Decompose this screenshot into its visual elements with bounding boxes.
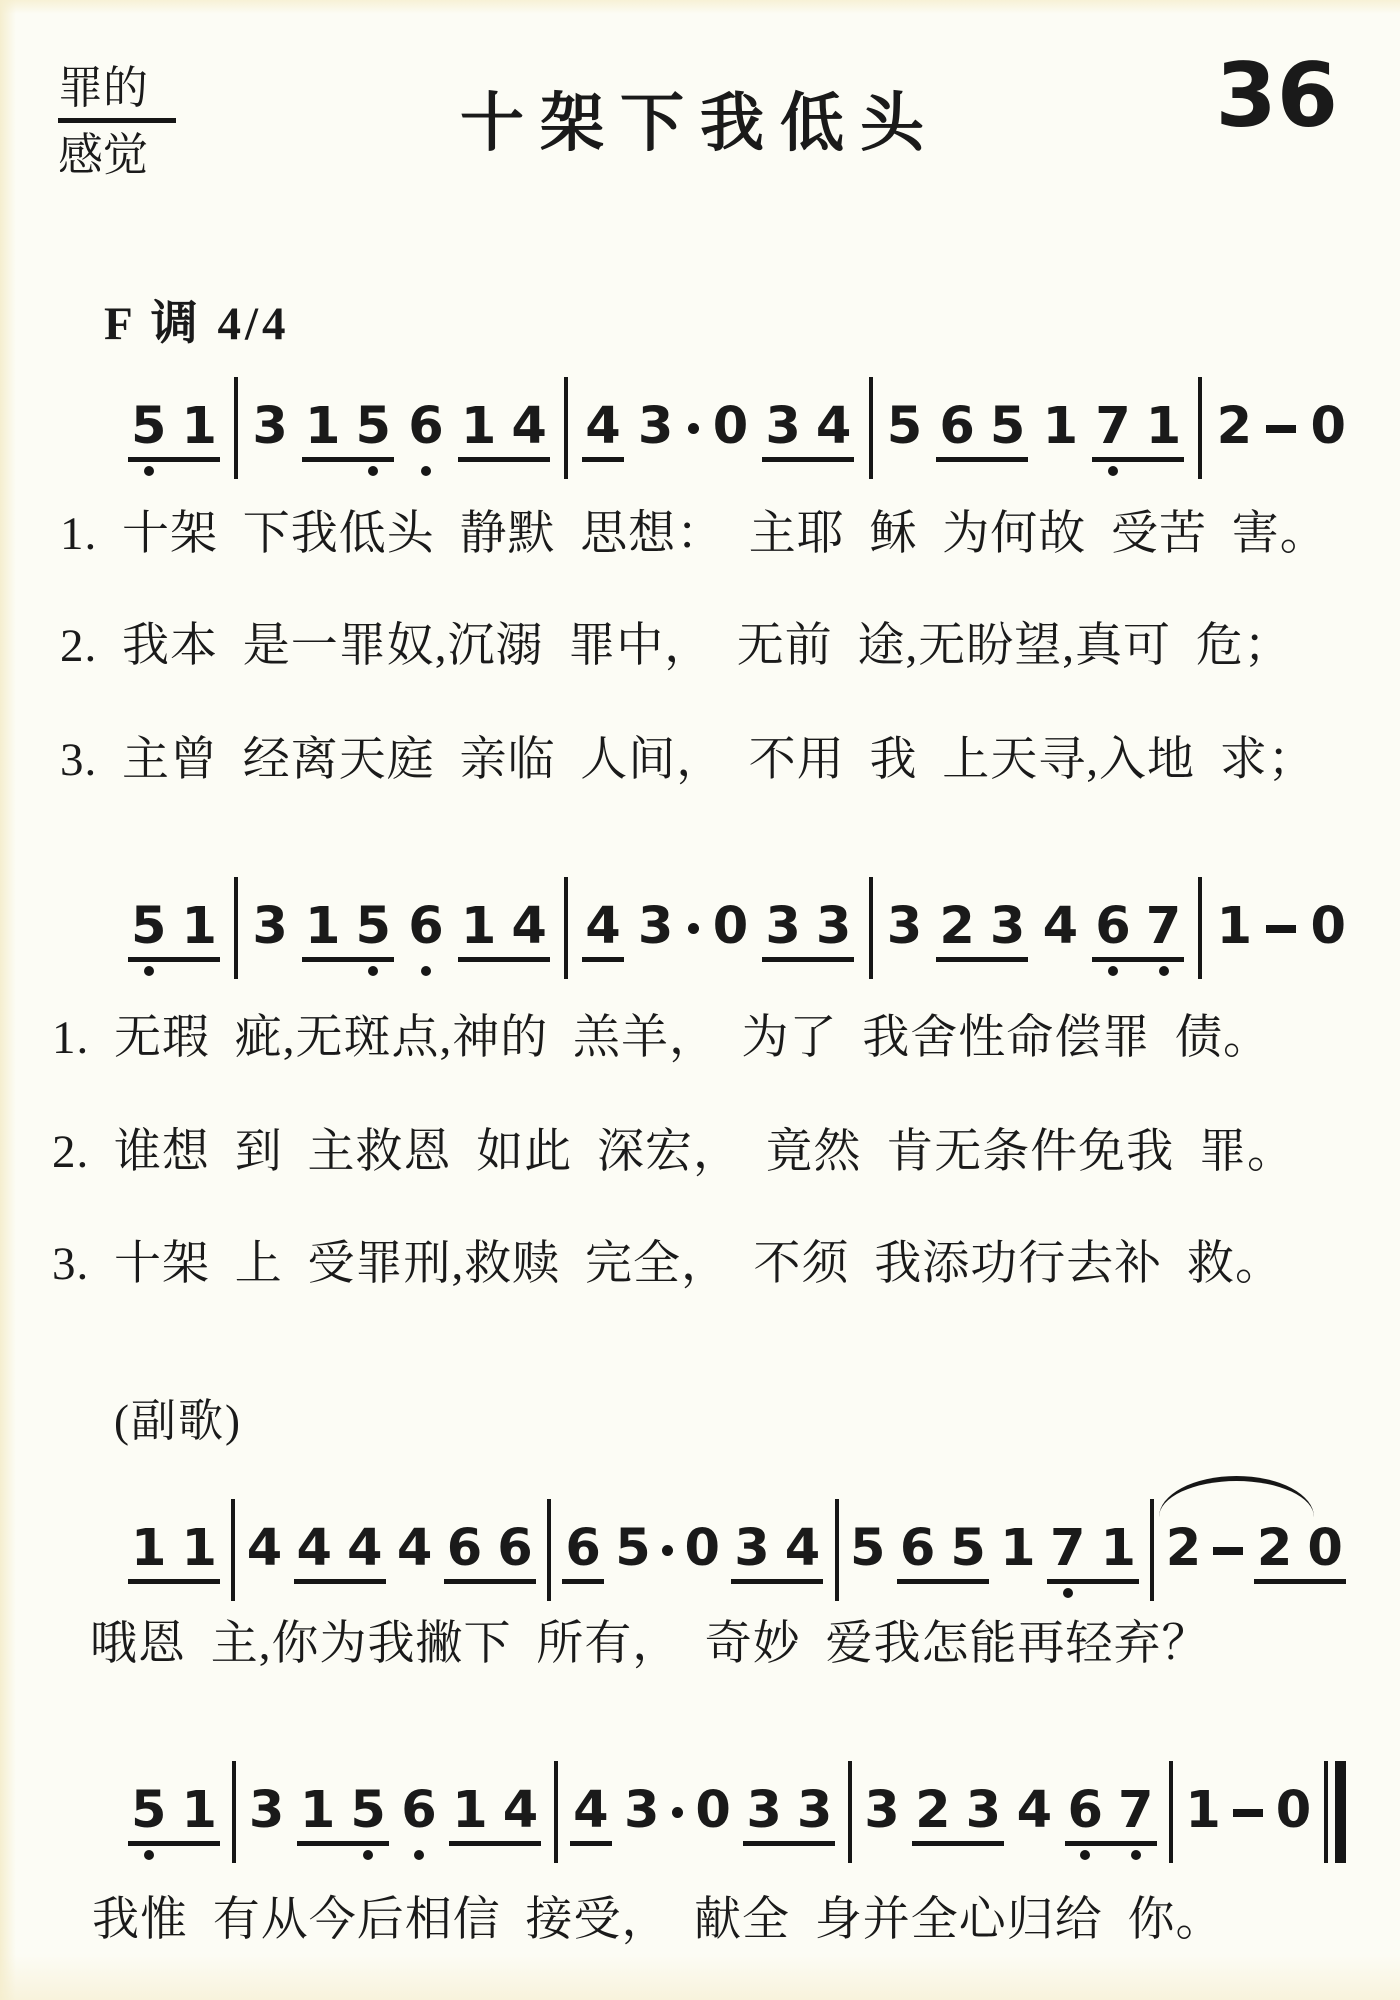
song-title: 十架下我低头	[0, 72, 1400, 164]
barline	[234, 377, 238, 479]
stanza1-verse-3: 3. 主曾 经离天庭 亲临 人间， 不用 我 上天寻,入地 求；	[60, 732, 1316, 788]
note-low-octave: 5	[356, 400, 392, 454]
note: 1	[461, 400, 497, 454]
beamed-note-group: 20	[1254, 1522, 1346, 1584]
beamed-note-group: 33	[762, 900, 854, 962]
barline	[547, 1499, 551, 1601]
note: 4	[247, 1522, 283, 1576]
beamed-note-group: 11	[128, 1522, 220, 1584]
note: 3	[887, 900, 923, 954]
stanza1-verse-1: 1. 十架 下我低头 静默 思想： 主耶 稣 为何故 受苦 害。	[60, 506, 1328, 562]
beamed-note-group: 23	[912, 1784, 1004, 1846]
low-octave-dot	[144, 966, 154, 976]
note: 4	[816, 400, 852, 454]
note-low-octave: 6	[1095, 900, 1131, 954]
note: 3	[765, 400, 801, 454]
duration-dash	[1266, 425, 1296, 433]
note-low-octave: 7	[1146, 900, 1182, 954]
note: 4	[503, 1784, 539, 1838]
notation-line-chorus: 1144446665034565171220	[128, 1522, 1346, 1601]
note: 3	[816, 900, 852, 954]
note: 2	[915, 1784, 951, 1838]
stanza2-verse-3: 3. 十架 上 受罪刑,救赎 完全， 不须 我添功行去补 救。	[52, 1236, 1283, 1292]
note: 3	[252, 900, 288, 954]
barline	[869, 877, 873, 979]
low-octave-dot	[1080, 1850, 1090, 1860]
barline	[1198, 877, 1202, 979]
hymn-sheet-page: 罪的 感觉 十架下我低头 36 F 调 4/4 5131561443034565…	[0, 0, 1400, 2000]
low-octave-dot	[414, 1850, 424, 1860]
note: 1	[452, 1784, 488, 1838]
beamed-note-group: 44	[294, 1522, 386, 1584]
note: 3	[252, 400, 288, 454]
beamed-note-group: 4	[570, 1784, 612, 1846]
note-low-octave: 5	[350, 1784, 386, 1838]
note: 1	[305, 900, 341, 954]
note: 1	[300, 1784, 336, 1838]
barline	[869, 377, 873, 479]
note-low-octave: 6	[401, 1784, 437, 1838]
low-octave-dot	[1108, 966, 1118, 976]
duration-dot	[688, 423, 699, 434]
beamed-note-group: 14	[458, 900, 550, 962]
note: 4	[1043, 900, 1079, 954]
note: 4	[585, 400, 621, 454]
beamed-note-group: 51	[128, 900, 220, 962]
beamed-note-group: 67	[1065, 1784, 1157, 1846]
note: 1	[182, 400, 218, 454]
chorus-label: (副歌)	[114, 1384, 242, 1449]
beamed-note-group: 66	[444, 1522, 536, 1584]
beamed-note-group: 65	[936, 400, 1028, 462]
beamed-note-group: 51	[128, 1784, 220, 1846]
notation-line-final: 513156144303332346710	[128, 1784, 1346, 1863]
beamed-note-group: 33	[743, 1784, 835, 1846]
note: 4	[585, 900, 621, 954]
note: 1	[461, 900, 497, 954]
note: 3	[966, 1784, 1002, 1838]
beamed-note-group: 65	[897, 1522, 989, 1584]
final-double-barline	[1324, 1761, 1346, 1863]
hymn-number: 36	[1216, 44, 1338, 147]
barline	[232, 1761, 236, 1863]
note: 1	[182, 1522, 218, 1576]
low-octave-dot	[368, 966, 378, 976]
final-bar-thick	[1335, 1761, 1346, 1863]
note: 6	[447, 1522, 483, 1576]
note: 1	[1000, 1522, 1036, 1576]
note: 3	[249, 1784, 285, 1838]
note: 5	[850, 1522, 886, 1576]
note: 4	[511, 900, 547, 954]
note-low-octave: 7	[1118, 1784, 1154, 1838]
low-octave-dot	[1159, 966, 1169, 976]
beamed-note-group: 23	[936, 900, 1028, 962]
barline	[564, 377, 568, 479]
note: 5	[615, 1522, 651, 1576]
low-octave-dot	[1108, 466, 1118, 476]
note: 0	[713, 400, 749, 454]
note: 4	[511, 400, 547, 454]
note: 4	[397, 1522, 433, 1576]
key-time-signature: F 调 4/4	[104, 286, 290, 353]
note-low-octave: 6	[408, 400, 444, 454]
duration-dot	[672, 1807, 683, 1818]
low-octave-dot	[421, 966, 431, 976]
note-low-octave: 5	[356, 900, 392, 954]
note: 4	[347, 1522, 383, 1576]
note: 2	[1217, 400, 1253, 454]
duration-dash	[1233, 1809, 1263, 1817]
final-bar-thin	[1324, 1761, 1328, 1863]
note: 0	[1310, 400, 1346, 454]
barline	[848, 1761, 852, 1863]
note: 1	[182, 900, 218, 954]
note: 3	[864, 1784, 900, 1838]
note: 2	[1257, 1522, 1293, 1576]
barline	[231, 1499, 235, 1601]
barline	[554, 1761, 558, 1863]
duration-dot	[662, 1545, 673, 1556]
note: 1	[131, 1522, 167, 1576]
chorus-lyric: 哦恩 主,你为我撇下 所有， 奇妙 爱我怎能再轻弃？	[90, 1616, 1210, 1672]
notation-line-stanza-1: 513156144303456517120	[128, 400, 1346, 479]
beamed-note-group: 4	[582, 400, 624, 462]
note: 1	[1217, 900, 1253, 954]
note: 0	[684, 1522, 720, 1576]
note: 1	[305, 400, 341, 454]
note-low-octave: 6	[408, 900, 444, 954]
note: 4	[573, 1784, 609, 1838]
note: 3	[765, 900, 801, 954]
barline	[1150, 1499, 1154, 1601]
low-octave-dot	[368, 466, 378, 476]
final-lyric: 我惟 有从今后相信 接受， 献全 身并全心归给 你。	[92, 1892, 1224, 1948]
duration-dash	[1213, 1547, 1243, 1555]
barline	[1198, 377, 1202, 479]
note: 1	[1043, 400, 1079, 454]
note-low-octave: 5	[131, 1784, 167, 1838]
note: 1	[182, 1784, 218, 1838]
beamed-note-group: 15	[297, 1784, 389, 1846]
note: 5	[887, 400, 923, 454]
barline	[1169, 1761, 1173, 1863]
note-low-octave: 6	[1068, 1784, 1104, 1838]
note: 2	[939, 900, 975, 954]
note: 6	[565, 1522, 601, 1576]
duration-dash	[1266, 925, 1296, 933]
tie-arc	[1159, 1476, 1314, 1517]
note-low-octave: 7	[1095, 400, 1131, 454]
note: 4	[1017, 1784, 1053, 1838]
note: 4	[785, 1522, 821, 1576]
barline	[835, 1499, 839, 1601]
beamed-note-group: 34	[731, 1522, 823, 1584]
low-octave-dot	[144, 1850, 154, 1860]
beamed-note-group: 15	[302, 900, 394, 962]
note: 3	[624, 1784, 660, 1838]
note: 3	[734, 1522, 770, 1576]
note: 2	[1166, 1522, 1202, 1576]
barline	[564, 877, 568, 979]
beamed-note-group: 71	[1092, 400, 1184, 462]
note: 4	[297, 1522, 333, 1576]
beamed-note-group: 67	[1092, 900, 1184, 962]
note: 3	[638, 400, 674, 454]
low-octave-dot	[421, 466, 431, 476]
note: 6	[497, 1522, 533, 1576]
note: 0	[1310, 900, 1346, 954]
beamed-note-group: 51	[128, 400, 220, 462]
note: 3	[797, 1784, 833, 1838]
note: 5	[990, 400, 1026, 454]
beamed-note-group: 71	[1047, 1522, 1139, 1584]
note: 3	[990, 900, 1026, 954]
notation-line-stanza-2: 513156144303332346710	[128, 900, 1346, 979]
low-octave-dot	[363, 1850, 373, 1860]
beamed-note-group: 4	[582, 900, 624, 962]
low-octave-dot	[144, 466, 154, 476]
beamed-note-group: 14	[449, 1784, 541, 1846]
stanza2-verse-2: 2. 谁想 到 主救恩 如此 深宏， 竟然 肯无条件免我 罪。	[52, 1124, 1295, 1180]
note: 0	[1276, 1784, 1312, 1838]
low-octave-dot	[1063, 1588, 1073, 1598]
stanza2-verse-1: 1. 无瑕 疵,无斑点,神的 羔羊， 为了 我舍性命偿罪 债。	[52, 1010, 1271, 1066]
note: 5	[950, 1522, 986, 1576]
note: 0	[713, 900, 749, 954]
note: 1	[1101, 1522, 1137, 1576]
note-low-octave: 5	[131, 400, 167, 454]
stanza1-verse-2: 2. 我本 是一罪奴,沉溺 罪中， 无前 途,无盼望,真可 危；	[60, 618, 1292, 674]
duration-dot	[688, 923, 699, 934]
beamed-note-group: 34	[762, 400, 854, 462]
note: 6	[900, 1522, 936, 1576]
note: 0	[695, 1784, 731, 1838]
beamed-note-group: 15	[302, 400, 394, 462]
note-low-octave: 5	[131, 900, 167, 954]
low-octave-dot	[1131, 1850, 1141, 1860]
note-low-octave: 7	[1050, 1522, 1086, 1576]
note: 3	[638, 900, 674, 954]
note: 6	[939, 400, 975, 454]
barline	[234, 877, 238, 979]
note: 0	[1307, 1522, 1343, 1576]
beamed-note-group: 14	[458, 400, 550, 462]
beamed-note-group: 6	[562, 1522, 604, 1584]
note: 1	[1146, 400, 1182, 454]
note: 1	[1185, 1784, 1221, 1838]
note: 3	[746, 1784, 782, 1838]
